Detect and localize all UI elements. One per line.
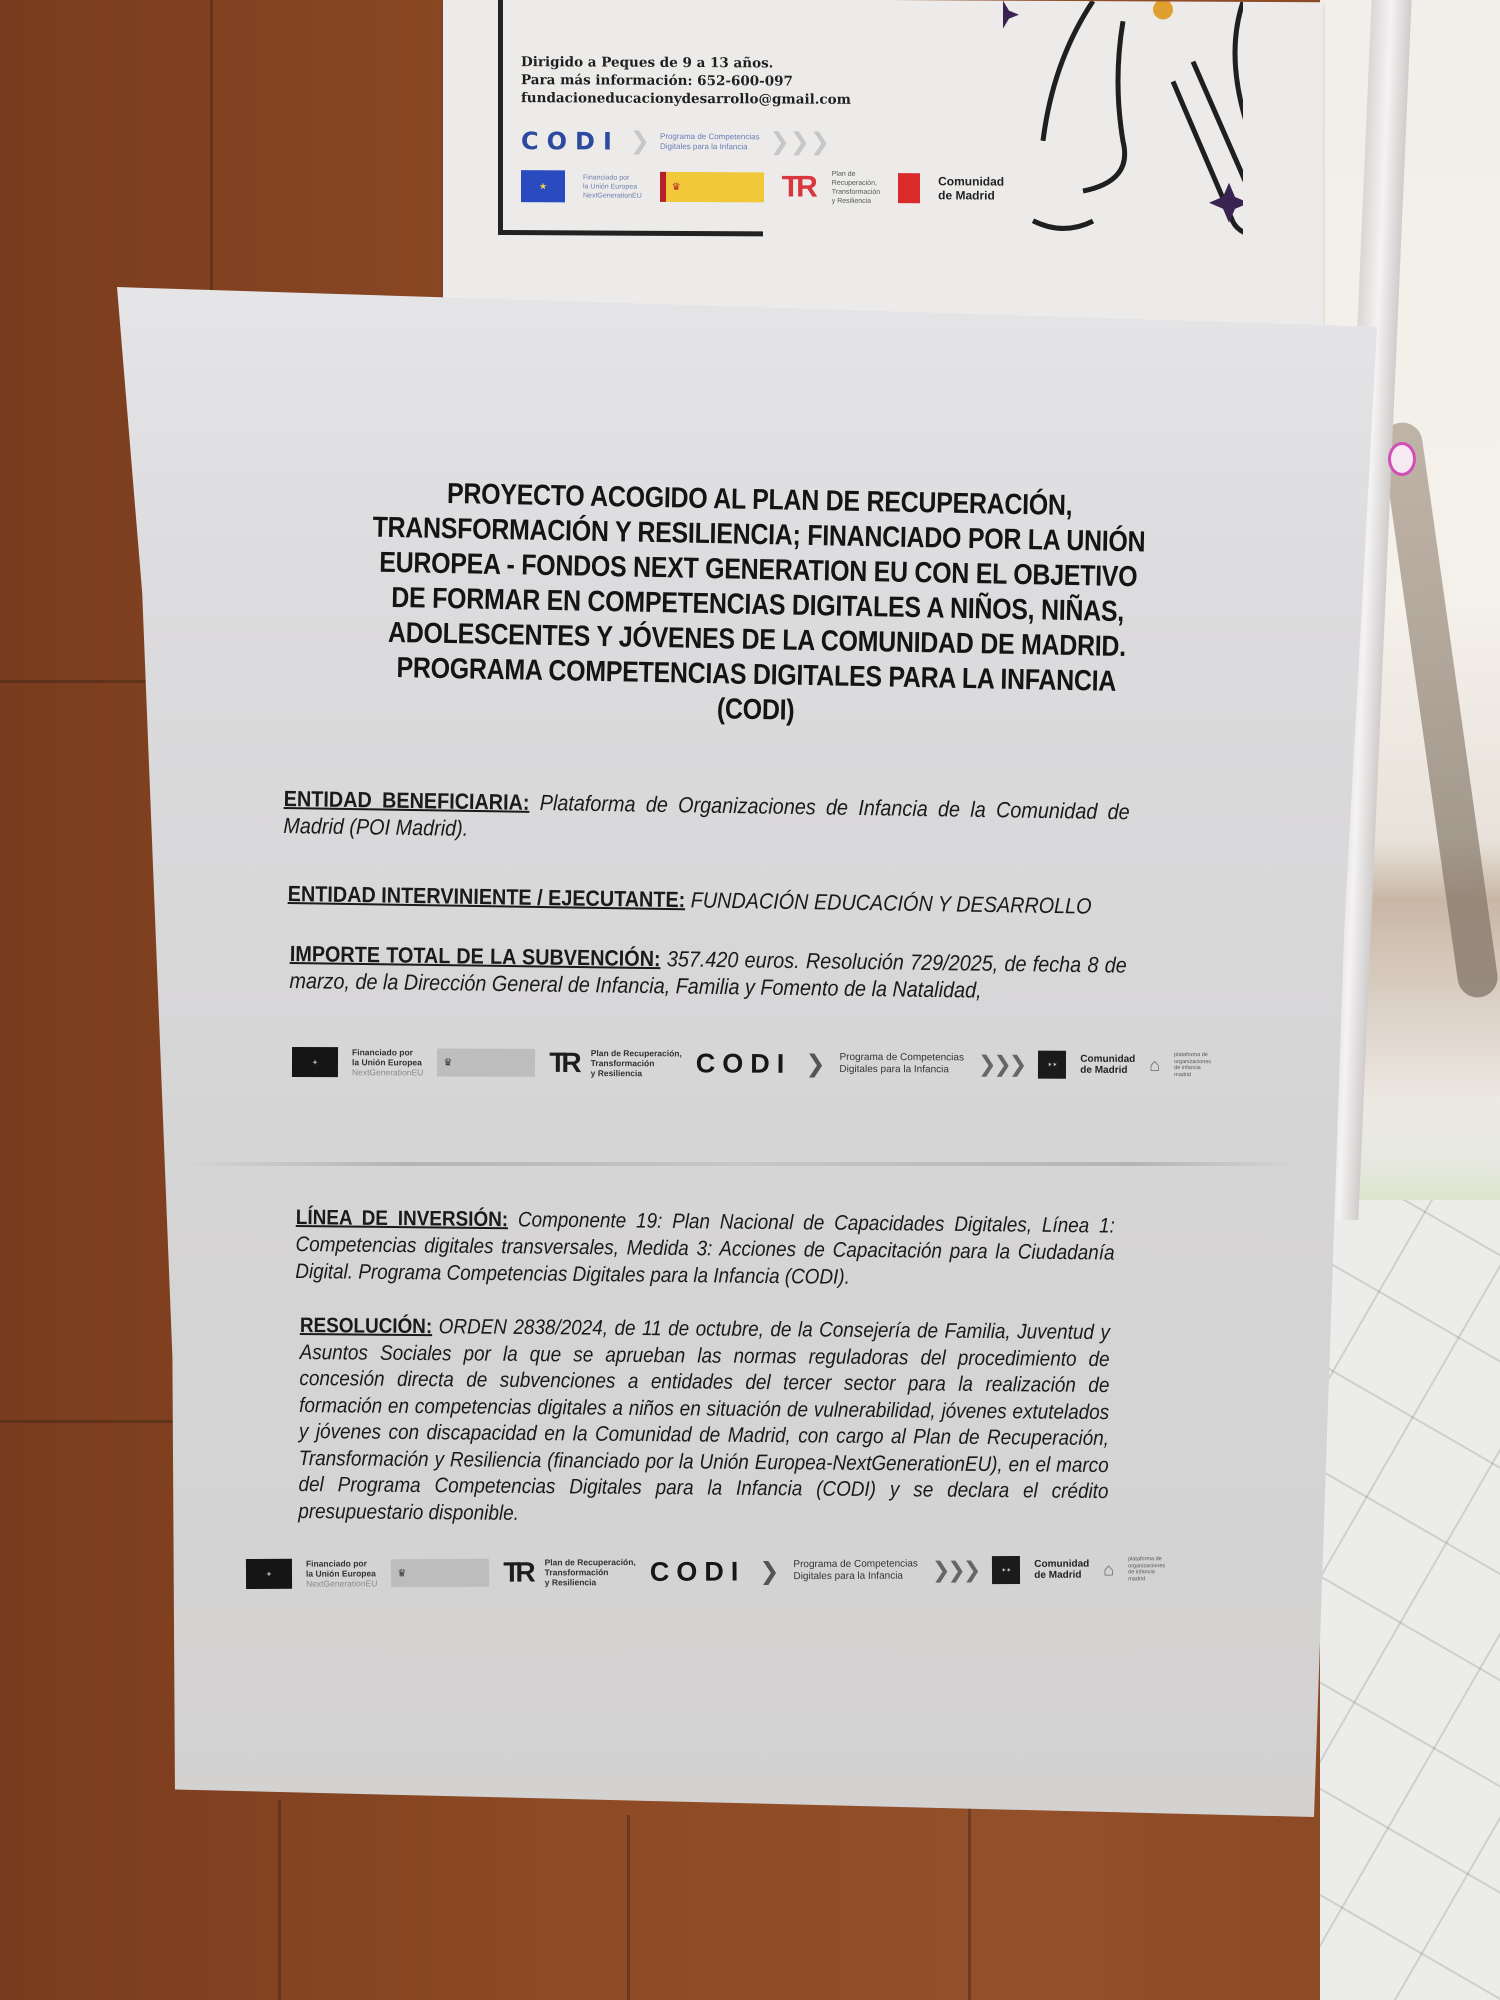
poster-audience: Dirigido a Peques de 9 a 13 años. — [521, 53, 851, 73]
eu-funding-text: Financiado por la Unión Europea NextGene… — [583, 173, 642, 200]
eu-line: NextGenerationEU — [352, 1067, 423, 1077]
logo-strip: ✦ Financiado por la Unión Europea NextGe… — [292, 1046, 1211, 1081]
madrid-logo-text: Comunidad de Madrid — [1080, 1054, 1135, 1076]
poi-map-icon: ⌂ — [1103, 1559, 1114, 1580]
poster-phone: Para más información: 652-600-097 — [521, 71, 851, 91]
tr-logo-icon: TR — [782, 170, 814, 204]
field-label: RESOLUCIÓN: — [300, 1314, 432, 1338]
cm-line: de Madrid — [1080, 1065, 1135, 1076]
poi-line: plataforma de — [1128, 1556, 1165, 1563]
triple-chevron-icon: ❯❯❯ — [978, 1051, 1024, 1077]
eu-flag-icon: ✦ — [292, 1047, 338, 1077]
top-poster: Dirigido a Peques de 9 a 13 años. Para m… — [443, 0, 1323, 337]
field-label: IMPORTE TOTAL DE LA SUBVENCIÓN: — [290, 941, 661, 971]
spain-government-logo: ♛ — [660, 172, 764, 203]
codi-subtitle-line: Digitales para la Infancia — [793, 1570, 918, 1583]
field-label: LÍNEA DE INVERSIÓN: — [296, 1206, 508, 1231]
tile-seam — [627, 1815, 630, 2000]
field-linea-inversion: LÍNEA DE INVERSIÓN: Componente 19: Plan … — [295, 1204, 1115, 1294]
logo-strip: ✦ Financiado por la Unión Europea NextGe… — [246, 1553, 1165, 1590]
chevron-icon: ❯ — [805, 1049, 825, 1078]
sticker — [1388, 442, 1416, 476]
eu-line: la Unión Europea — [583, 182, 642, 191]
codi-wordmark: CODI — [696, 1048, 792, 1079]
tr-text: Plan de Recuperación, Transformación y R… — [545, 1557, 636, 1587]
codi-subtitle-line: Programa de Competencias — [793, 1558, 918, 1571]
tile-seam — [968, 1800, 971, 2000]
poster-codi-logo: CODI ❯ Programa de Competencias Digitale… — [521, 126, 830, 157]
eu-flag-icon: ✦ — [246, 1559, 292, 1589]
codi-subtitle-line: Digitales para la Infancia — [660, 141, 760, 152]
codi-subtitle: Programa de Competencias Digitales para … — [793, 1558, 918, 1583]
field-value: FUNDACIÓN EDUCACIÓN Y DESARROLLO — [691, 887, 1092, 918]
pavement — [1320, 1200, 1500, 2000]
tr-line: Transformación — [545, 1567, 636, 1577]
poi-map-icon: ⌂ — [1149, 1054, 1160, 1075]
poster-info: Dirigido a Peques de 9 a 13 años. Para m… — [521, 53, 851, 109]
codi-wordmark: CODI — [521, 127, 620, 156]
tr-logo-icon: TR — [549, 1047, 576, 1079]
field-label: ENTIDAD BENEFICIARIA: — [284, 786, 530, 815]
field-resolucion: RESOLUCIÓN: ORDEN 2838/2024, de 11 de oc… — [298, 1313, 1110, 1532]
codi-wordmark: CODI — [650, 1556, 746, 1587]
poi-line: madrid — [1128, 1576, 1165, 1583]
eu-line: la Unión Europea — [352, 1057, 423, 1067]
eu-funding-text: Financiado por la Unión Europea NextGene… — [352, 1047, 423, 1077]
triple-chevron-icon: ❯❯❯ — [770, 127, 830, 156]
poi-text: plataforma de organizaciones de infancia… — [1174, 1052, 1211, 1078]
cm-line: de Madrid — [1034, 1570, 1089, 1581]
eu-funding-text: Financiado por la Unión Europea NextGene… — [306, 1558, 377, 1588]
codi-subtitle-line: Digitales para la Infancia — [839, 1064, 964, 1076]
paper-fold — [180, 1162, 1300, 1166]
poster-email[interactable]: fundacioneducacionydesarrollo@gmail.com — [521, 89, 851, 109]
tr-line: Transformación — [591, 1058, 682, 1068]
madrid-logo-icon: ✶✶ — [992, 1556, 1020, 1584]
tr-logo-icon: TR — [503, 1557, 530, 1589]
tr-line: y Resiliencia — [591, 1068, 682, 1078]
codi-subtitle-line: Programa de Competencias — [660, 131, 760, 142]
eu-line: Financiado por — [583, 173, 642, 182]
cm-line: Comunidad — [1034, 1559, 1089, 1570]
field-value: ORDEN 2838/2024, de 11 de octubre, de la… — [298, 1315, 1110, 1524]
eu-line: la Unión Europea — [306, 1568, 377, 1578]
madrid-logo-text: Comunidad de Madrid — [1034, 1559, 1089, 1581]
field-label: ENTIDAD INTERVINIENTE / EJECUTANTE: — [288, 881, 686, 912]
poi-line: madrid — [1174, 1072, 1211, 1079]
tile-seam — [0, 1420, 200, 1423]
triple-chevron-icon: ❯❯❯ — [932, 1557, 978, 1583]
spain-government-logo: ♛ — [437, 1049, 535, 1077]
tr-text: Plan de Recuperación, Transformación y R… — [591, 1048, 682, 1078]
poi-text: plataforma de organizaciones de infancia… — [1128, 1556, 1165, 1582]
tr-line: Plan de Recuperación, — [591, 1048, 682, 1058]
eu-line: Financiado por — [352, 1047, 423, 1057]
eu-line: NextGenerationEU — [306, 1578, 377, 1588]
eu-line: Financiado por — [306, 1558, 377, 1568]
spain-government-logo: ♛ — [391, 1559, 489, 1588]
tr-line: Plan de Recuperación, — [545, 1557, 636, 1567]
codi-subtitle-line: Programa de Competencias — [839, 1052, 964, 1064]
eu-flag-icon: ★ — [521, 170, 565, 202]
tile-seam — [278, 1800, 281, 2000]
robot-illustration — [823, 0, 1243, 242]
codi-subtitle: Programa de Competencias Digitales para … — [839, 1052, 964, 1076]
tr-line: y Resiliencia — [545, 1577, 636, 1587]
poi-line: plataforma de — [1174, 1052, 1211, 1059]
codi-subtitle: Programa de Competencias Digitales para … — [660, 131, 760, 152]
cm-line: Comunidad — [1080, 1054, 1135, 1065]
chevron-icon: ❯ — [630, 127, 650, 156]
madrid-logo-icon: ✶✶ — [1038, 1051, 1066, 1079]
notice-title: PROYECTO ACOGIDO AL PLAN DE RECUPERACIÓN… — [360, 475, 1156, 735]
eu-line: NextGenerationEU — [583, 191, 642, 200]
chevron-icon: ❯ — [759, 1557, 779, 1586]
